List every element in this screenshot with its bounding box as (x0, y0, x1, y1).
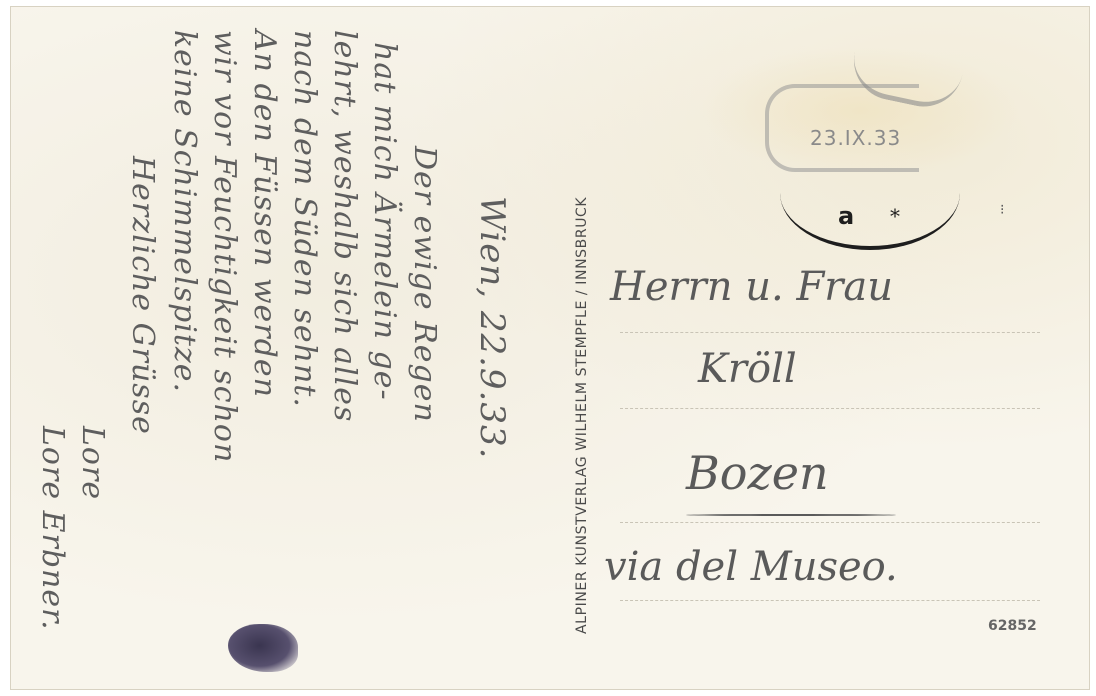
postmark-star-icon: * (890, 204, 900, 228)
address-rule (620, 332, 1040, 333)
postmark-ring (780, 136, 960, 250)
address-rule (620, 600, 1040, 601)
address-rule (620, 408, 1040, 409)
postcard-back: Wien, 22.9.33. Der ewige Regen hat mich … (10, 6, 1090, 690)
message-place-date: Wien, 22.9.33. (472, 196, 512, 459)
address-rule (620, 522, 1040, 523)
message-signature: Lore Erbner. (35, 426, 70, 631)
city-underline (686, 514, 896, 516)
address-line-street: via del Museo. (604, 544, 898, 590)
message-line: Der ewige Regen (407, 146, 442, 423)
message-line: An den Füssen werden (247, 30, 282, 398)
serial-number: 62852 (988, 618, 1037, 634)
message-line: hat mich Ärmelein ge- (367, 42, 402, 401)
address-line-name: Kröll (698, 346, 797, 392)
message-line: wir vor Feuchtigkeit schon (207, 30, 242, 463)
message-line: nach dem Süden sehnt. (287, 30, 322, 408)
ink-blot (228, 624, 298, 672)
speck-mark: ⁝ (1000, 202, 1004, 218)
address-line-city: Bozen (686, 446, 829, 500)
message-line: lehrt, weshalb sich alles (327, 30, 362, 422)
address-line-recipient: Herrn u. Frau (610, 264, 893, 310)
message-signature-first: Lore (75, 426, 110, 500)
publisher-imprint: ALPINER KUNSTVERLAG WILHELM STEMPFLE / I… (574, 197, 590, 634)
message-closing: Herzliche Grüsse (125, 156, 160, 435)
postmark-letter: a (838, 202, 854, 230)
message-line: keine Schimmelspitze. (167, 30, 202, 393)
